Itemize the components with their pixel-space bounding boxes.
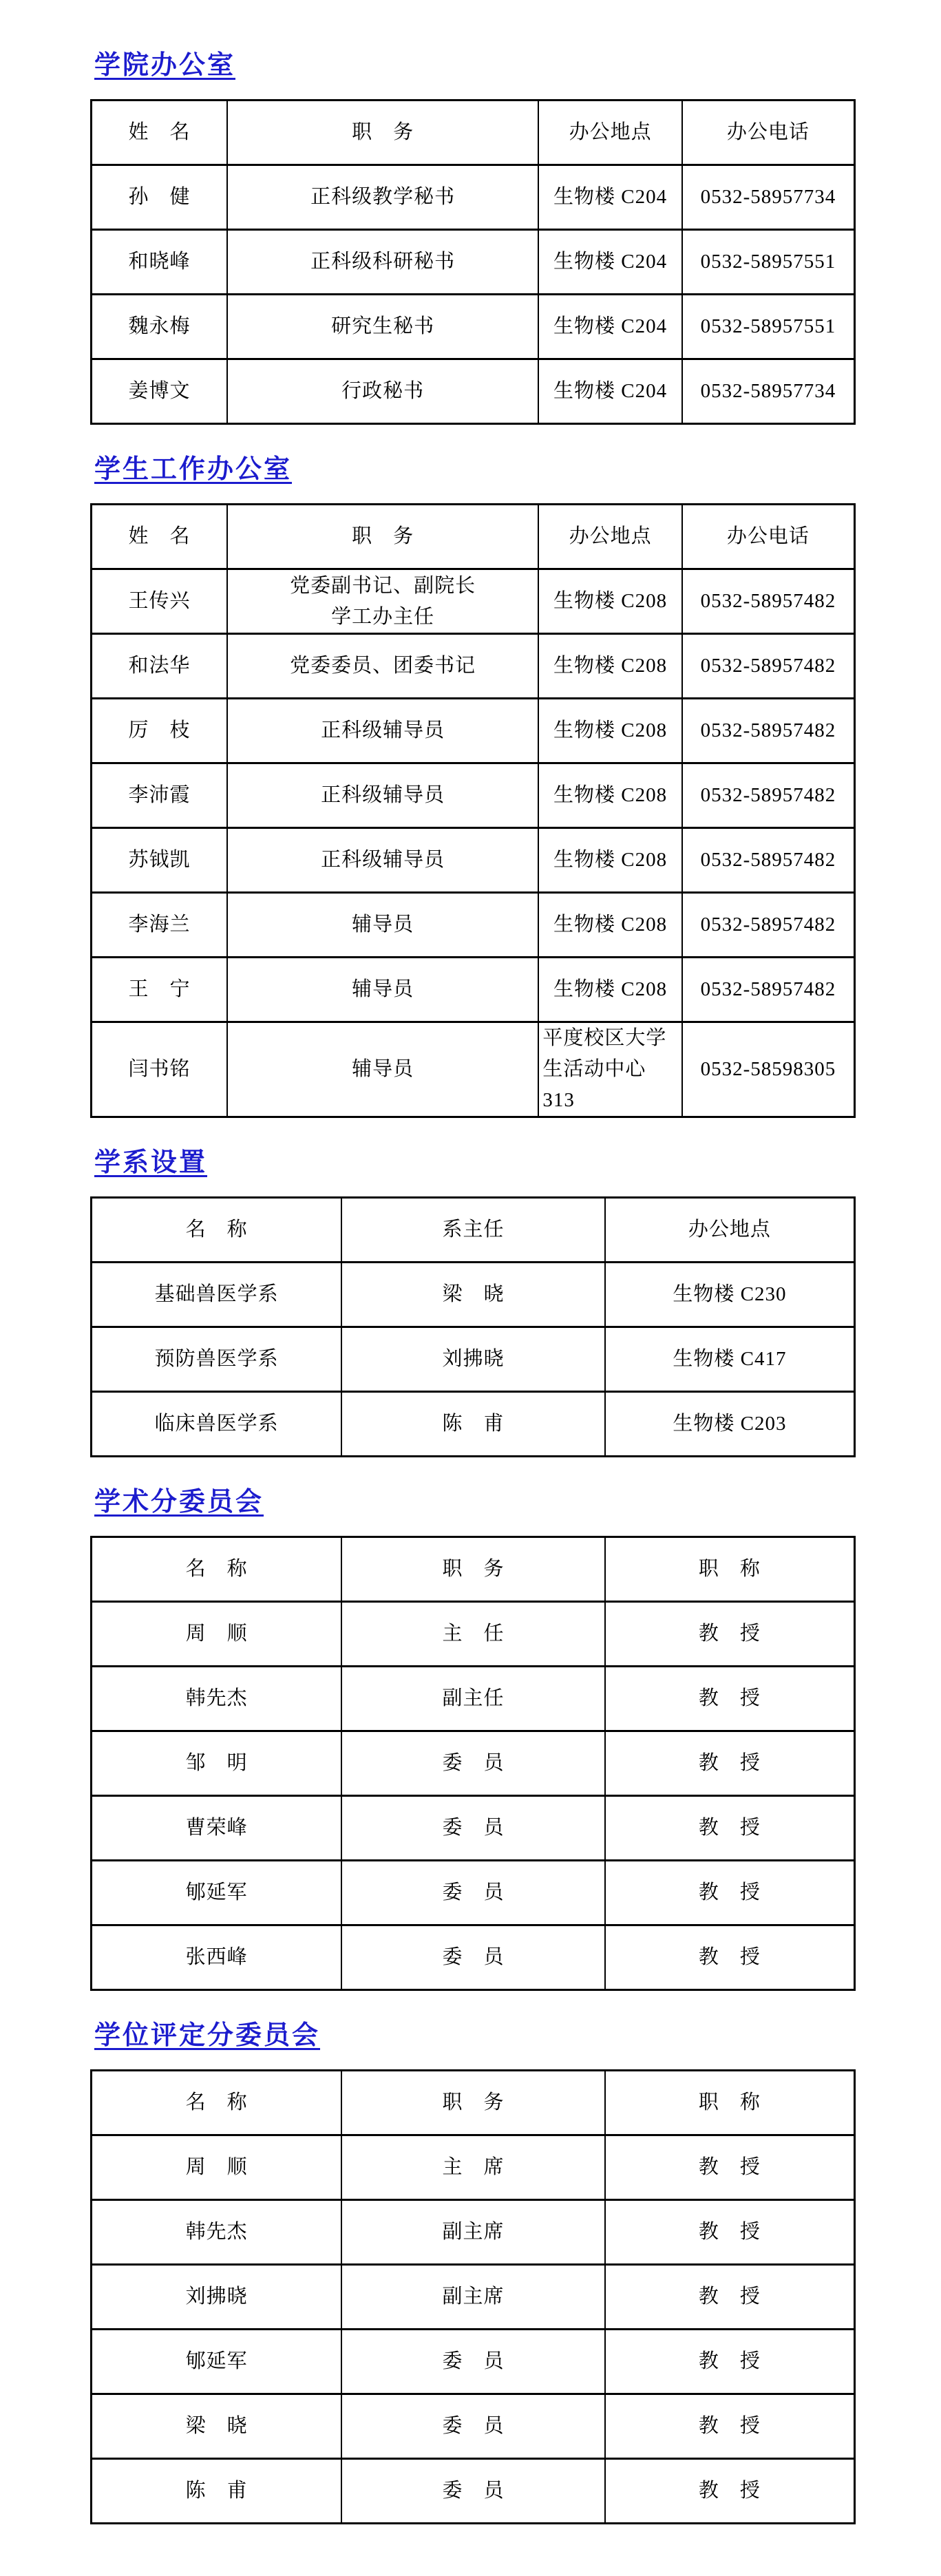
table-cell: 0532-58957551	[682, 230, 855, 295]
table-cell: 教 授	[605, 1667, 855, 1731]
table-cell: 辅导员	[227, 1022, 538, 1117]
header-cell: 办公地点	[605, 1198, 855, 1263]
table-cell: 王 宁	[92, 958, 227, 1022]
header-cell: 姓 名	[92, 505, 227, 569]
table-cell: 和晓峰	[92, 230, 227, 295]
table-cell: 曹荣峰	[92, 1796, 342, 1861]
table-cell: 生物楼 C208	[538, 828, 681, 893]
table-cell: 王传兴	[92, 569, 227, 634]
table-cell: 刘拂晓	[341, 1327, 605, 1392]
header-row: 姓 名职 务办公地点办公电话	[92, 505, 855, 569]
college-office-table: 姓 名职 务办公地点办公电话孙 健正科级教学秘书生物楼 C2040532-589…	[90, 99, 856, 425]
table-cell: 生物楼 C208	[538, 634, 681, 699]
table-cell: 姜博文	[92, 359, 227, 424]
table-cell: 正科级辅导员	[227, 828, 538, 893]
table-cell: 和法华	[92, 634, 227, 699]
table-row: 周 顺主 任教 授	[92, 1602, 855, 1667]
table-row: 和法华党委委员、团委书记生物楼 C2080532-58957482	[92, 634, 855, 699]
table-cell: 党委委员、团委书记	[227, 634, 538, 699]
table-cell: 苏钺凯	[92, 828, 227, 893]
table-cell: 主 任	[341, 1602, 605, 1667]
section-title-degree-subcommittee: 学位评定分委员会	[94, 2020, 856, 2051]
header-cell: 职 务	[341, 2071, 605, 2135]
table-cell: 生物楼 C208	[538, 569, 681, 634]
header-cell: 名 称	[92, 1198, 342, 1263]
table-cell: 生物楼 C204	[538, 230, 681, 295]
departments-table: 名 称系主任办公地点基础兽医学系梁 晓生物楼 C230预防兽医学系刘拂晓生物楼 …	[90, 1196, 856, 1457]
table-row: 李海兰辅导员生物楼 C2080532-58957482	[92, 893, 855, 958]
header-cell: 办公电话	[682, 505, 855, 569]
table-cell: 魏永梅	[92, 295, 227, 359]
table-cell: 委 员	[341, 1731, 605, 1796]
table-row: 陈 甫委 员教 授	[92, 2459, 855, 2524]
table-cell: 0532-58957551	[682, 295, 855, 359]
table-cell: 0532-58957482	[682, 569, 855, 634]
table-cell: 生物楼 C417	[605, 1327, 855, 1392]
table-cell: 0532-58598305	[682, 1022, 855, 1117]
table-cell: 陈 甫	[341, 1392, 605, 1457]
table-row: 李沛霞正科级辅导员生物楼 C2080532-58957482	[92, 763, 855, 828]
table-cell: 刘拂晓	[92, 2265, 342, 2330]
table-cell: 生物楼 C204	[538, 359, 681, 424]
table-cell: 0532-58957482	[682, 634, 855, 699]
table-cell: 临床兽医学系	[92, 1392, 342, 1457]
table-cell: 教 授	[605, 1925, 855, 1990]
table-row: 王传兴党委副书记、副院长 学工办主任生物楼 C2080532-58957482	[92, 569, 855, 634]
table-cell: 副主席	[341, 2200, 605, 2265]
section-college-office: 学院办公室 姓 名职 务办公地点办公电话孙 健正科级教学秘书生物楼 C20405…	[90, 50, 856, 425]
table-row: 曹荣峰委 员教 授	[92, 1796, 855, 1861]
header-cell: 系主任	[341, 1198, 605, 1263]
table-cell: 梁 晓	[92, 2394, 342, 2459]
table-cell: 教 授	[605, 2135, 855, 2200]
table-row: 苏钺凯正科级辅导员生物楼 C2080532-58957482	[92, 828, 855, 893]
table-row: 郇延军委 员教 授	[92, 1861, 855, 1925]
table-cell: 委 员	[341, 1925, 605, 1990]
table-cell: 党委副书记、副院长 学工办主任	[227, 569, 538, 634]
table-cell: 0532-58957482	[682, 763, 855, 828]
table-cell: 教 授	[605, 1602, 855, 1667]
section-title-college-office: 学院办公室	[94, 50, 856, 81]
table-cell: 周 顺	[92, 1602, 342, 1667]
table-cell: 研究生秘书	[227, 295, 538, 359]
table-row: 韩先杰副主任教 授	[92, 1667, 855, 1731]
degree-subcommittee-table: 名 称职 务职 称周 顺主 席教 授韩先杰副主席教 授刘拂晓副主席教 授郇延军委…	[90, 2069, 856, 2524]
table-cell: 李海兰	[92, 893, 227, 958]
table-cell: 生物楼 C208	[538, 958, 681, 1022]
table-row: 临床兽医学系陈 甫生物楼 C203	[92, 1392, 855, 1457]
table-cell: 0532-58957482	[682, 893, 855, 958]
table-cell: 委 员	[341, 1796, 605, 1861]
table-cell: 辅导员	[227, 958, 538, 1022]
table-row: 张西峰委 员教 授	[92, 1925, 855, 1990]
table-cell: 韩先杰	[92, 2200, 342, 2265]
header-cell: 职 务	[341, 1537, 605, 1602]
table-cell: 韩先杰	[92, 1667, 342, 1731]
table-cell: 郇延军	[92, 2330, 342, 2394]
table-cell: 主 席	[341, 2135, 605, 2200]
section-academic-subcommittee: 学术分委员会 名 称职 务职 称周 顺主 任教 授韩先杰副主任教 授邹 明委 员…	[90, 1486, 856, 1991]
table-cell: 行政秘书	[227, 359, 538, 424]
table-cell: 平度校区大学 生活动中心 313	[538, 1022, 681, 1117]
header-cell: 职 称	[605, 2071, 855, 2135]
table-cell: 厉 枝	[92, 699, 227, 763]
table-cell: 0532-58957734	[682, 359, 855, 424]
table-cell: 生物楼 C208	[538, 763, 681, 828]
table-cell: 生物楼 C208	[538, 699, 681, 763]
header-cell: 办公地点	[538, 505, 681, 569]
table-cell: 教 授	[605, 2394, 855, 2459]
table-cell: 张西峰	[92, 1925, 342, 1990]
header-cell: 名 称	[92, 1537, 342, 1602]
table-cell: 委 员	[341, 1861, 605, 1925]
table-cell: 梁 晓	[341, 1263, 605, 1327]
table-cell: 正科级辅导员	[227, 699, 538, 763]
table-cell: 0532-58957734	[682, 165, 855, 230]
table-row: 梁 晓委 员教 授	[92, 2394, 855, 2459]
section-departments: 学系设置 名 称系主任办公地点基础兽医学系梁 晓生物楼 C230预防兽医学系刘拂…	[90, 1147, 856, 1457]
student-affairs-table: 姓 名职 务办公地点办公电话王传兴党委副书记、副院长 学工办主任生物楼 C208…	[90, 503, 856, 1118]
table-cell: 基础兽医学系	[92, 1263, 342, 1327]
section-title-student-affairs-office: 学生工作办公室	[94, 454, 856, 485]
table-cell: 周 顺	[92, 2135, 342, 2200]
table-cell: 委 员	[341, 2394, 605, 2459]
header-row: 名 称职 务职 称	[92, 2071, 855, 2135]
document-page: 学院办公室 姓 名职 务办公地点办公电话孙 健正科级教学秘书生物楼 C20405…	[0, 0, 941, 2576]
table-row: 周 顺主 席教 授	[92, 2135, 855, 2200]
table-row: 王 宁辅导员生物楼 C2080532-58957482	[92, 958, 855, 1022]
table-cell: 孙 健	[92, 165, 227, 230]
header-cell: 职 务	[227, 101, 538, 165]
table-cell: 副主席	[341, 2265, 605, 2330]
table-row: 韩先杰副主席教 授	[92, 2200, 855, 2265]
table-cell: 0532-58957482	[682, 958, 855, 1022]
table-cell: 生物楼 C208	[538, 893, 681, 958]
header-row: 姓 名职 务办公地点办公电话	[92, 101, 855, 165]
table-cell: 教 授	[605, 1796, 855, 1861]
header-row: 名 称职 务职 称	[92, 1537, 855, 1602]
table-cell: 教 授	[605, 1861, 855, 1925]
academic-subcommittee-table: 名 称职 务职 称周 顺主 任教 授韩先杰副主任教 授邹 明委 员教 授曹荣峰委…	[90, 1536, 856, 1991]
table-cell: 生物楼 C230	[605, 1263, 855, 1327]
table-cell: 教 授	[605, 2200, 855, 2265]
table-cell: 0532-58957482	[682, 828, 855, 893]
header-cell: 职 称	[605, 1537, 855, 1602]
table-cell: 生物楼 C203	[605, 1392, 855, 1457]
table-cell: 正科级教学秘书	[227, 165, 538, 230]
table-cell: 辅导员	[227, 893, 538, 958]
table-cell: 委 员	[341, 2459, 605, 2524]
header-row: 名 称系主任办公地点	[92, 1198, 855, 1263]
table-row: 魏永梅研究生秘书生物楼 C2040532-58957551	[92, 295, 855, 359]
section-title-academic-subcommittee: 学术分委员会	[94, 1486, 856, 1518]
table-row: 邹 明委 员教 授	[92, 1731, 855, 1796]
table-cell: 生物楼 C204	[538, 165, 681, 230]
table-cell: 闫书铭	[92, 1022, 227, 1117]
table-cell: 李沛霞	[92, 763, 227, 828]
header-cell: 名 称	[92, 2071, 342, 2135]
table-cell: 郇延军	[92, 1861, 342, 1925]
table-row: 和晓峰正科级科研秘书生物楼 C2040532-58957551	[92, 230, 855, 295]
table-cell: 副主任	[341, 1667, 605, 1731]
table-cell: 教 授	[605, 2459, 855, 2524]
table-row: 刘拂晓副主席教 授	[92, 2265, 855, 2330]
table-cell: 教 授	[605, 2330, 855, 2394]
table-cell: 教 授	[605, 2265, 855, 2330]
table-row: 闫书铭辅导员平度校区大学 生活动中心 3130532-58598305	[92, 1022, 855, 1117]
header-cell: 姓 名	[92, 101, 227, 165]
table-cell: 0532-58957482	[682, 699, 855, 763]
section-student-affairs-office: 学生工作办公室 姓 名职 务办公地点办公电话王传兴党委副书记、副院长 学工办主任…	[90, 454, 856, 1118]
section-title-departments: 学系设置	[94, 1147, 856, 1179]
table-cell: 正科级辅导员	[227, 763, 538, 828]
table-cell: 预防兽医学系	[92, 1327, 342, 1392]
table-row: 郇延军委 员教 授	[92, 2330, 855, 2394]
table-cell: 委 员	[341, 2330, 605, 2394]
table-row: 姜博文行政秘书生物楼 C2040532-58957734	[92, 359, 855, 424]
table-cell: 正科级科研秘书	[227, 230, 538, 295]
header-cell: 办公电话	[682, 101, 855, 165]
table-row: 预防兽医学系刘拂晓生物楼 C417	[92, 1327, 855, 1392]
table-cell: 教 授	[605, 1731, 855, 1796]
table-row: 厉 枝正科级辅导员生物楼 C2080532-58957482	[92, 699, 855, 763]
header-cell: 职 务	[227, 505, 538, 569]
table-row: 孙 健正科级教学秘书生物楼 C2040532-58957734	[92, 165, 855, 230]
header-cell: 办公地点	[538, 101, 681, 165]
table-row: 基础兽医学系梁 晓生物楼 C230	[92, 1263, 855, 1327]
table-cell: 陈 甫	[92, 2459, 342, 2524]
table-cell: 生物楼 C204	[538, 295, 681, 359]
table-cell: 邹 明	[92, 1731, 342, 1796]
section-degree-subcommittee: 学位评定分委员会 名 称职 务职 称周 顺主 席教 授韩先杰副主席教 授刘拂晓副…	[90, 2020, 856, 2524]
